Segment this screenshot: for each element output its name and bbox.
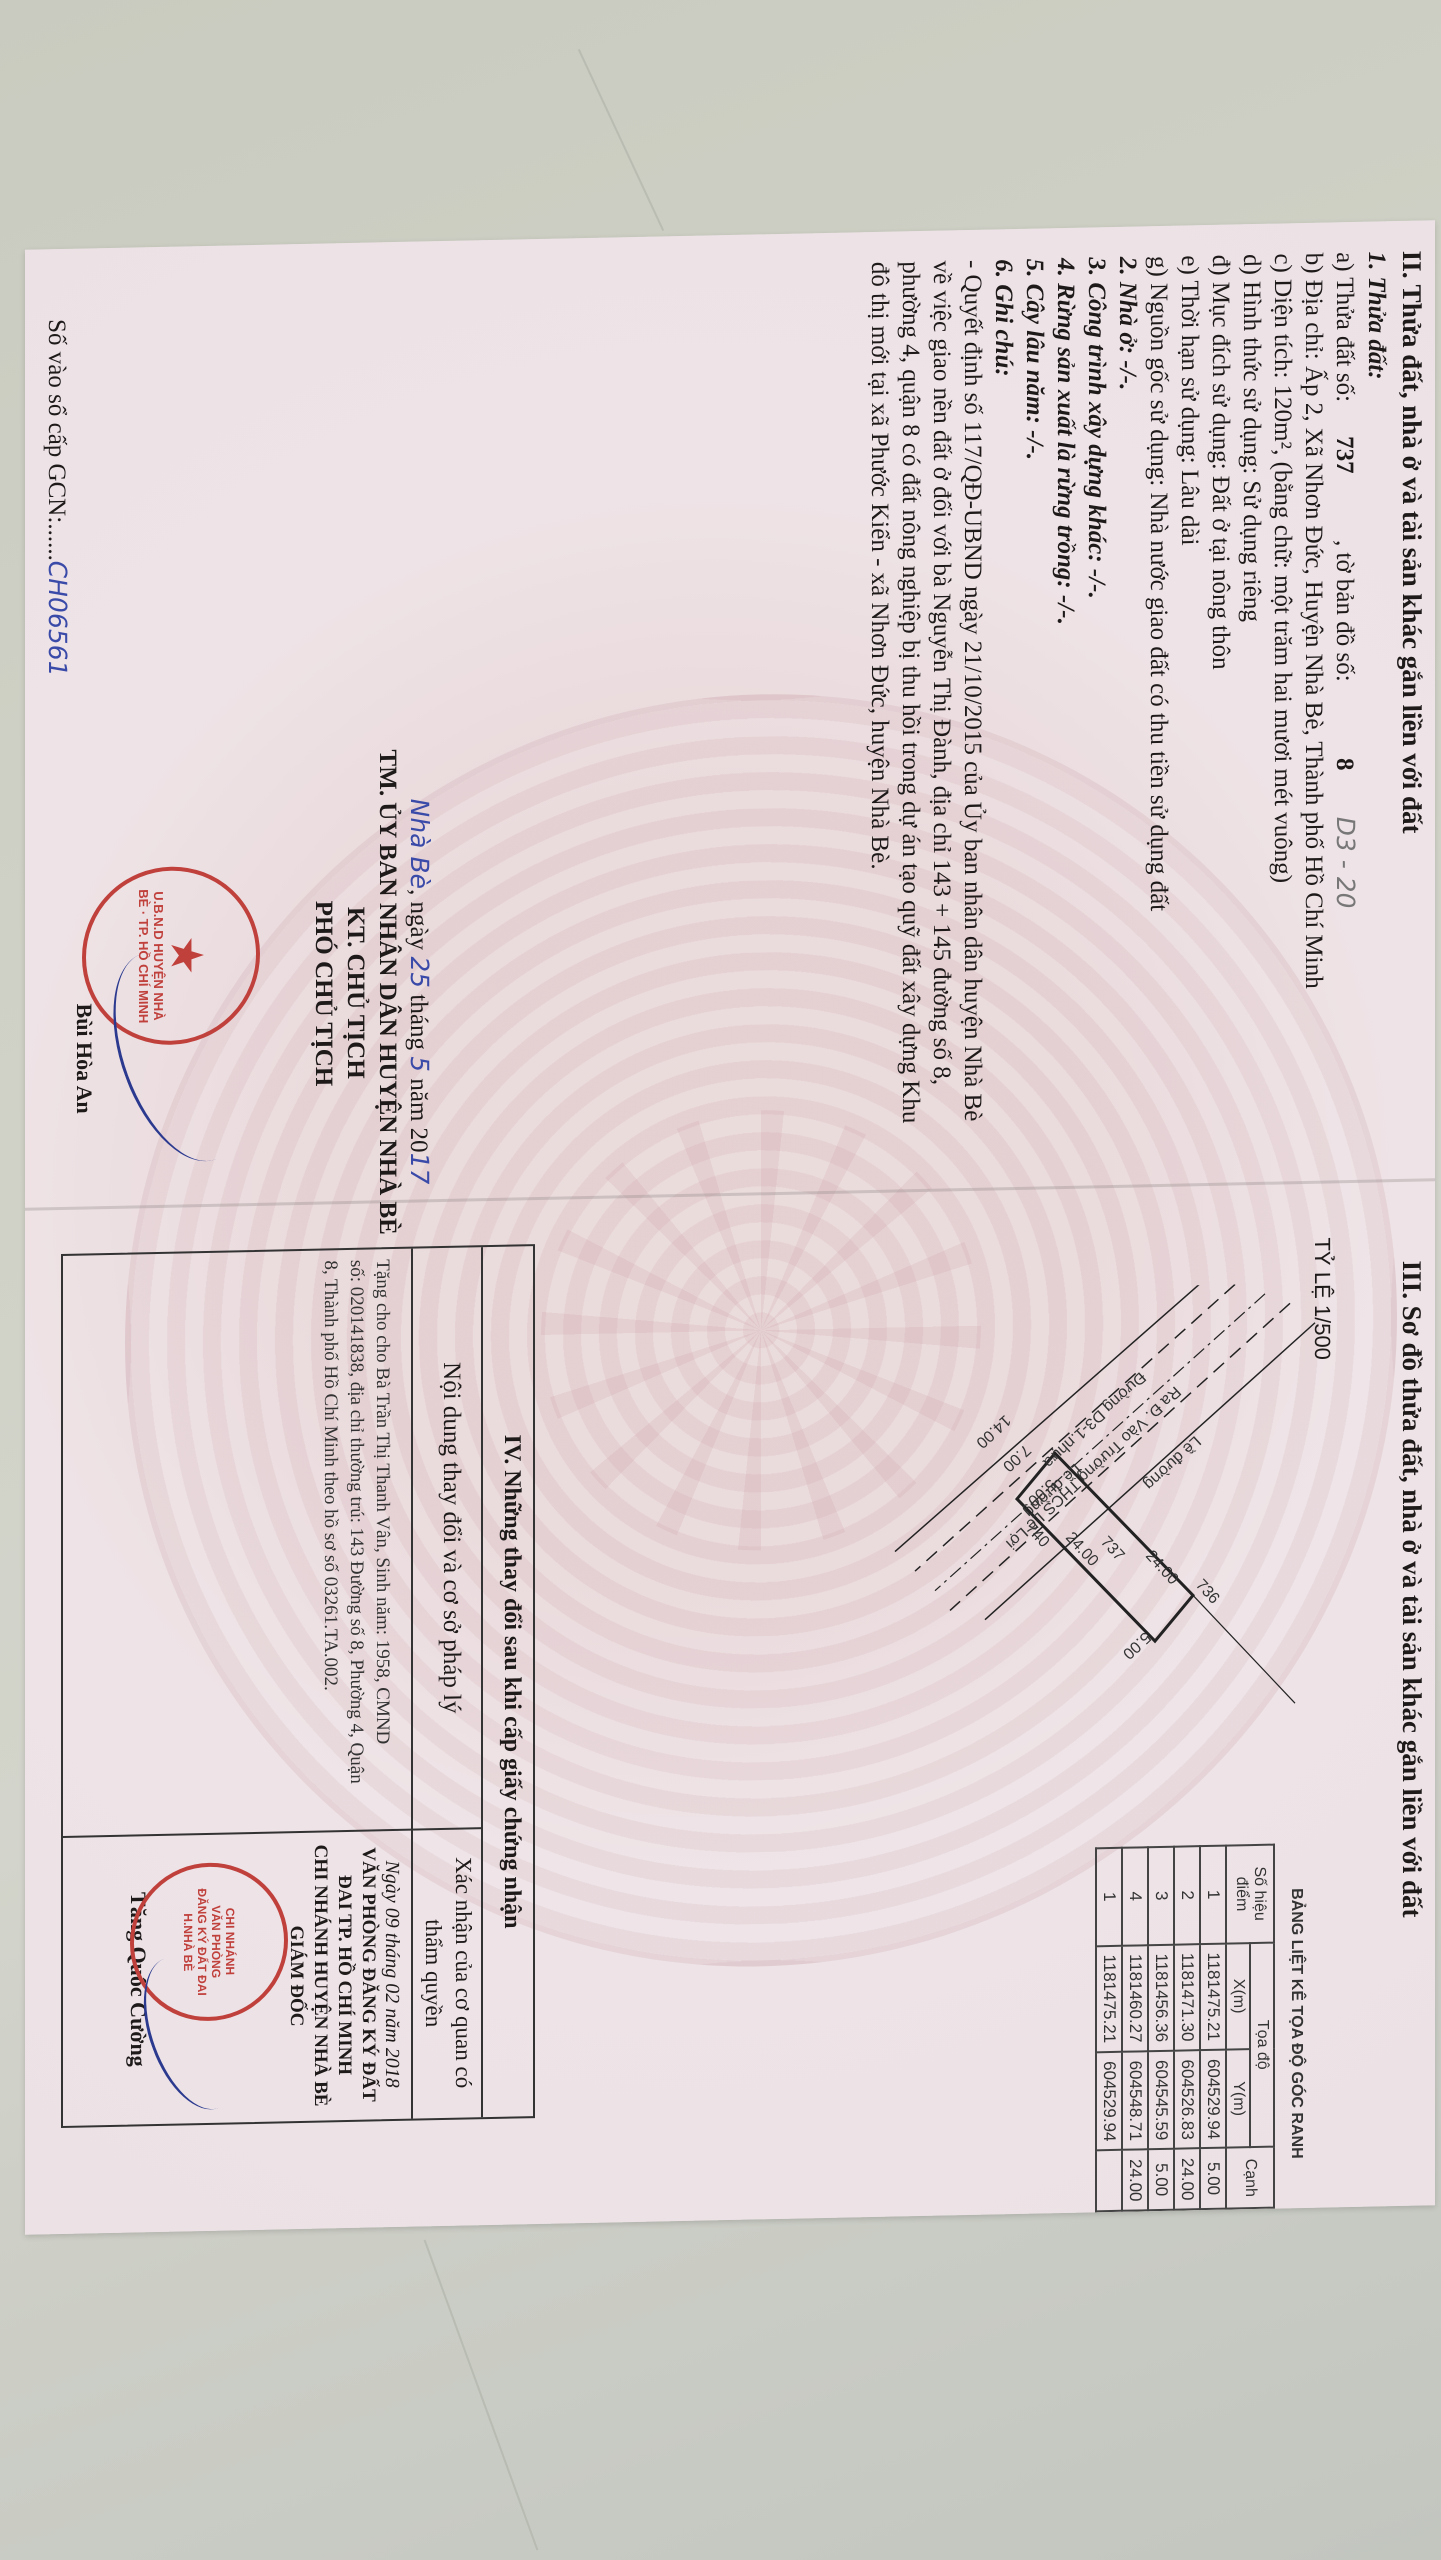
col-edge: Cạnh [1226, 2147, 1274, 2209]
coord-table-title: BẢNG LIỆT KÊ TỌA ĐỘ GÓC RANH [1287, 1888, 1305, 2159]
section-2-title: II. Thửa đất, nhà ở và tài sản khác gắn … [1396, 250, 1427, 1151]
notes-line: về việc giao nền đất ở đối với bà Nguyễn… [926, 260, 957, 1161]
floor-crack [424, 2240, 539, 2551]
signing-org: TM. ỦY BAN NHÂN DÂN HUYỆN NHÀ BÈ [371, 742, 403, 1243]
use-origin-line: g) Nguồn gốc sử dụng: Nhà nước giao đất … [1143, 256, 1174, 1157]
land-certificate-page: II. Thửa đất, nhà ở và tài sản khác gắn … [25, 220, 1435, 2235]
map-sheet-number: 8 [1331, 758, 1358, 771]
label-parcel: 737 [1097, 1533, 1128, 1564]
col-point: Số hiệu điểm [1226, 1845, 1274, 1944]
use-purpose-line: đ) Mục đích sử dụng: Đất ở tại nông thôn [1205, 254, 1236, 1155]
notes-line: đô thị mới tại xã Phước Kiển - xã Nhơn Đ… [864, 262, 895, 1163]
parcel-line: a) Thửa đất số: 737 , tờ bản đồ số: 8 D3… [1329, 252, 1361, 1153]
change-entry: Tặng cho cho Bà Trần Thị Thanh Vân, Sinh… [317, 1259, 395, 1785]
notes-line: phường 4, quận 8 có đất nông nghiệp bị t… [895, 261, 926, 1162]
for-chair: KT. CHỦ TỊCH [339, 743, 371, 1244]
section-3-title: III. Sơ đồ thửa đất, nhà ở và tài sản kh… [1396, 1260, 1427, 1917]
other-construction-line: 3. Công trình xây dựng khác: -/-. [1081, 257, 1112, 1158]
label-side-left: 24.00 [1142, 1547, 1181, 1588]
confirm-role: GIÁM ĐỐC [284, 1836, 308, 2117]
col-coords: Tọa độ [1250, 1942, 1274, 2147]
certificate-content: II. Thửa đất, nhà ở và tài sản khác gắn … [25, 220, 1435, 2235]
parcel-diagram: Lề đường Ra Đ. Vào Trường THCS Lê Lợi Đư… [815, 1282, 1335, 1833]
use-form-line: d) Hình thức sử dụng: Sử dụng riêng [1236, 254, 1267, 1155]
col-x: X(m) [1226, 1943, 1250, 2050]
col-y: Y(m) [1226, 2049, 1250, 2148]
notes-heading: 6. Ghi chú: [988, 259, 1019, 1160]
table-row: 31181456.36604545.595.00 [1148, 1847, 1174, 2211]
perennial-trees-line: 5. Cây lâu năm: -/-. [1019, 258, 1050, 1159]
col-confirmation: Xác nhận của cơ quan có thẩm quyền [418, 1837, 478, 2108]
planted-forest-line: 4. Rừng sản xuất là rừng trồng: -/-. [1050, 258, 1081, 1159]
section-2: II. Thửa đất, nhà ở và tài sản khác gắn … [864, 250, 1427, 1162]
signature-block: Nhà Bè, ngày 25 tháng 5 năm 2017 TM. ỦY … [307, 741, 435, 1244]
use-term-line: e) Thời hạn sử dụng: Lâu dài [1174, 255, 1205, 1156]
table-row: 11181475.21604529.945.00 [1200, 1846, 1226, 2210]
land-heading: 1. Thửa đất: [1361, 251, 1392, 1152]
section-4-table: IV. Những thay đổi sau khi cấp giấy chứn… [61, 1244, 535, 2128]
house-line: 2. Nhà ở: -/-. [1112, 256, 1143, 1157]
table-row: 21181471.30604526.8324.00 [1174, 1846, 1200, 2210]
signer-name: Bùi Hòa An [68, 908, 100, 1209]
label-width-14: 14.00 [972, 1411, 1013, 1451]
table-row: 41181460.27604548.7124.00 [1122, 1847, 1148, 2211]
registry-number: Số vào sổ cấp GCN:......CH06561 [41, 319, 73, 677]
handwritten-note: D3 - 20 [1331, 816, 1360, 908]
area-line: c) Diện tích: 120m², (bằng chữ: một trăm… [1267, 253, 1298, 1154]
signer-role: PHÓ CHỦ TỊCH [307, 743, 339, 1244]
table-row: 11181475.21604529.94 [1096, 1848, 1122, 2212]
place-date: Nhà Bè, ngày 25 tháng 5 năm 2017 [403, 741, 435, 1242]
coord-table: Số hiệu điểm Tọa độ Cạnh X(m) Y(m) 11181… [1095, 1844, 1275, 2213]
address-line: b) Địa chỉ: Ấp 2, Xã Nhơn Đức, Huyện Nhà… [1298, 252, 1329, 1153]
label-neighbor-left: 736 [1192, 1576, 1223, 1607]
section-4-title: IV. Những thay đổi sau khi cấp giấy chứn… [498, 1246, 533, 2117]
parcel-number: 737 [1331, 436, 1358, 474]
confirm-date: Ngày 09 tháng 02 năm 2018 [380, 1834, 403, 2114]
floor-crack [578, 49, 664, 231]
col-change-content: Nội dung thay đổi và cơ sở pháp lý [436, 1248, 467, 1829]
notes-line: - Quyết định số 117/QĐ-UBND ngày 21/10/2… [957, 260, 988, 1161]
label-curb-top: Lề đường [1140, 1432, 1203, 1492]
